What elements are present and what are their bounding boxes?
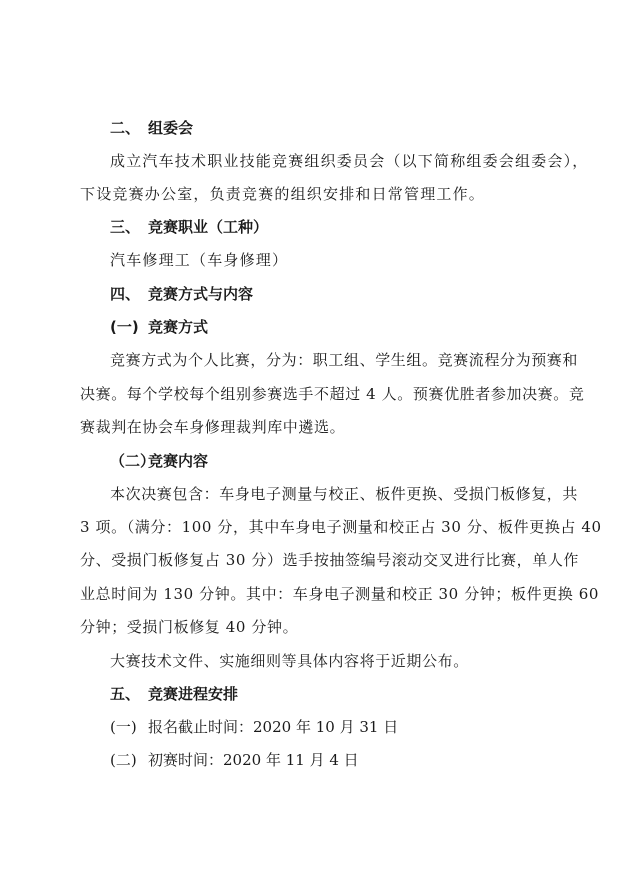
paragraph-line: 下设竞赛办公室，负责竞赛的组织安排和日常管理工作。 — [80, 184, 552, 204]
item-number: (一) — [110, 717, 148, 737]
section-heading-3: 三、竞赛职业（工种） — [110, 217, 582, 237]
paragraph-line: 3 项。（满分：100 分，其中车身电子测量和校正占 30 分、板件更换占 40 — [80, 517, 552, 537]
heading-number: 三、 — [110, 217, 148, 237]
heading-text: 竞赛进程安排 — [148, 685, 238, 703]
subsection-title: 竞赛方式 — [148, 318, 208, 336]
heading-text: 竞赛职业（工种） — [148, 218, 268, 236]
item-text: 初赛时间：2020 年 11 月 4 日 — [148, 751, 359, 769]
schedule-item: (二)初赛时间：2020 年 11 月 4 日 — [110, 750, 582, 770]
heading-number: 二、 — [110, 118, 148, 138]
heading-number: 五、 — [110, 684, 148, 704]
subsection-number: （二） — [110, 451, 148, 471]
paragraph-line: 大赛技术文件、实施细则等具体内容将于近期公布。 — [110, 651, 582, 671]
paragraph-line: 本次决赛包含：车身电子测量与校正、板件更换、受损门板修复，共 — [110, 484, 582, 504]
paragraph-line: 决赛。每个学校每个组别参赛选手不超过 4 人。预赛优胜者参加决赛。竞 — [80, 384, 552, 404]
schedule-item: (一)报名截止时间：2020 年 10 月 31 日 — [110, 717, 582, 737]
subsection-title: 竞赛内容 — [148, 452, 208, 470]
paragraph-line: 业总时间为 130 分钟。其中：车身电子测量和校正 30 分钟；板件更换 60 — [80, 584, 552, 604]
paragraph-line: 分、受损门板修复占 30 分）选手按抽签编号滚动交叉进行比赛，单人作 — [80, 550, 552, 570]
section-heading-5: 五、竞赛进程安排 — [110, 684, 582, 704]
heading-text: 竞赛方式与内容 — [148, 285, 253, 303]
heading-number: 四、 — [110, 284, 148, 304]
heading-text: 组委会 — [148, 119, 193, 137]
paragraph-line: 竞赛方式为个人比赛，分为：职工组、学生组。竞赛流程分为预赛和 — [110, 350, 582, 370]
subsection-number: (一) — [110, 317, 148, 337]
item-text: 报名截止时间：2020 年 10 月 31 日 — [148, 718, 398, 736]
section-heading-4: 四、竞赛方式与内容 — [110, 284, 582, 304]
subsection-heading-2: （二）竞赛内容 — [110, 451, 582, 471]
item-number: (二) — [110, 750, 148, 770]
paragraph-line: 分钟；受损门板修复 40 分钟。 — [80, 617, 552, 637]
paragraph-line: 成立汽车技术职业技能竞赛组织委员会（以下简称组委会组委会）， — [110, 151, 582, 171]
subsection-heading-1: (一)竞赛方式 — [110, 317, 582, 337]
section-heading-2: 二、组委会 — [110, 118, 582, 138]
paragraph-line: 赛裁判在协会车身修理裁判库中遴选。 — [80, 417, 552, 437]
document-page: 二、组委会 成立汽车技术职业技能竞赛组织委员会（以下简称组委会组委会）， 下设竞… — [0, 0, 633, 896]
paragraph-line: 汽车修理工（车身修理） — [110, 250, 582, 270]
